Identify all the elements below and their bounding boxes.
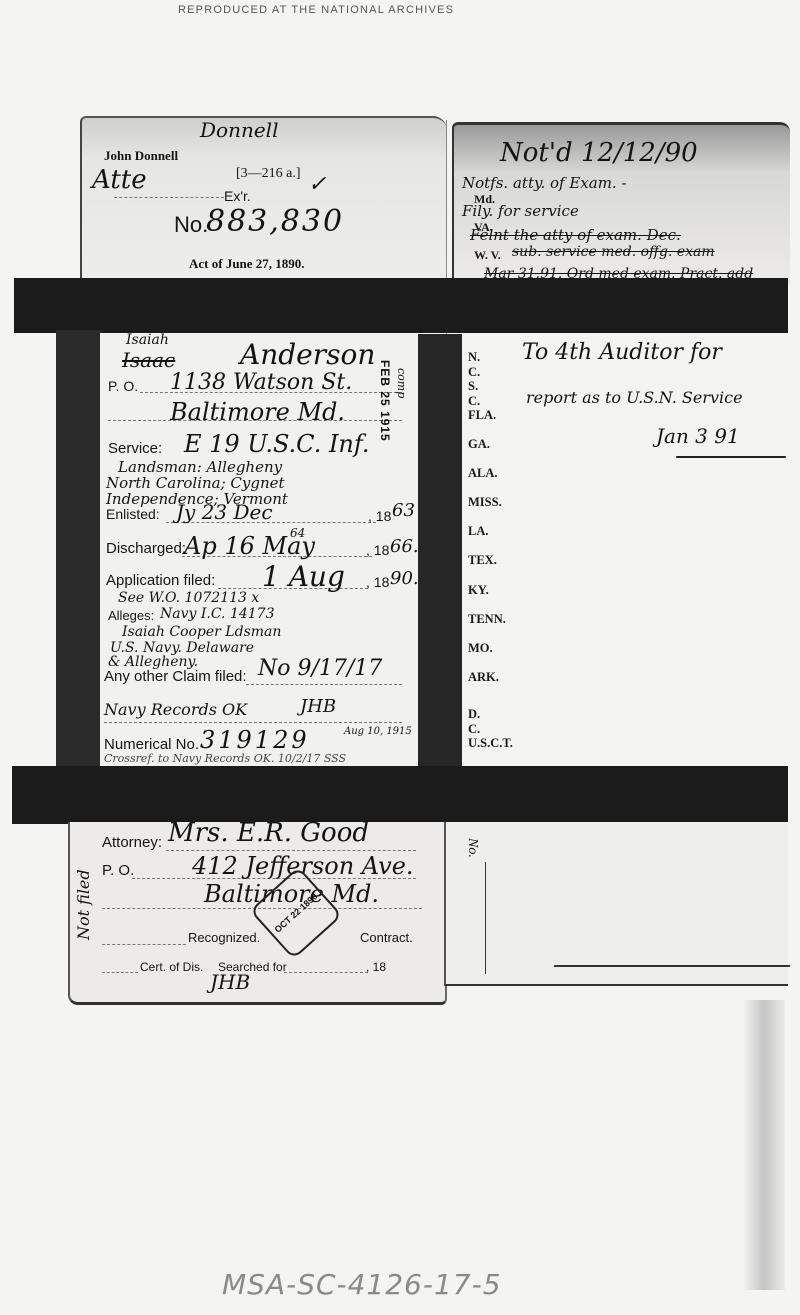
state-ga: GA. [468, 437, 490, 452]
searched-line [284, 972, 368, 973]
state-mo: MO. [468, 641, 493, 656]
auditor-note-date: Jan 3 91 [656, 424, 740, 448]
discharged-sup: 64 [290, 526, 305, 540]
navy-records: Navy Records OK [104, 700, 247, 719]
feb-stamp: FEB 25 1915 [378, 360, 392, 442]
spine-middle [416, 334, 462, 770]
discharged-label: Discharged: [106, 540, 186, 557]
auditor-underline [676, 456, 786, 458]
discharged-year: 66. [390, 536, 419, 557]
bottom-flap-fold [546, 965, 791, 989]
exr-line [114, 196, 224, 198]
check-mark: ✓ [308, 172, 326, 197]
service-label: Service: [108, 440, 162, 457]
redaction-bar-top [14, 278, 788, 333]
note-line-4: Felnt the atty of exam. Dec. [470, 226, 681, 244]
note-line-3: Fily. for service [462, 202, 579, 220]
cert-line [102, 972, 138, 973]
attorney-line [166, 850, 416, 851]
wv-label: W. V. [474, 248, 501, 263]
page-edge-shadow [743, 1000, 785, 1290]
attorney-po-label: P. O. [102, 862, 134, 879]
state-la: LA. [468, 524, 489, 539]
auditor-note-1: To 4th Auditor for [522, 340, 722, 365]
stamped-name: John Donnell [104, 148, 178, 164]
annotation-donnell: Donnell [200, 118, 278, 142]
note-line-2: Notfs. atty. of Exam. - [462, 174, 627, 192]
form-number: [3—216 a.] [236, 166, 301, 182]
application-year-prefix: , 18 [366, 574, 389, 590]
navy-initials: JHB [300, 696, 336, 717]
redaction-bar-middle [12, 766, 788, 824]
see-note: See W.O. 1072113 x [118, 590, 259, 606]
navy-date: Aug 10, 1915 [344, 726, 412, 737]
po-line-2: Baltimore Md. [170, 398, 345, 426]
note-line-5: sub. service med. offg. exam [512, 244, 715, 260]
attorney-label: Attorney: [102, 834, 162, 851]
po-line-b [108, 420, 402, 421]
service-value: E 19 U.S.C. Inf. [184, 430, 370, 458]
archive-header: REPRODUCED AT THE NATIONAL ARCHIVES [178, 4, 454, 16]
application-year: 90. [390, 568, 419, 589]
searched-year-prefix: , 18 [366, 960, 386, 974]
enlisted-value: Jy 23 Dec [176, 500, 273, 524]
bottom-right-no-label: No. [464, 838, 480, 858]
numerical-value: 319129 [200, 726, 310, 754]
notified-date: Not'd 12/12/90 [500, 138, 698, 168]
other-claim-line [246, 684, 402, 685]
state-nc: N. C. [468, 350, 480, 380]
cert-label: Cert. of Dis. [140, 960, 203, 974]
side-note-not-filed: Not filed [74, 869, 93, 940]
crossref-note: Crossref. to Navy Records OK. 10/2/17 SS… [104, 752, 346, 765]
navy-line [104, 722, 402, 723]
bottom-right-flap [444, 822, 788, 986]
state-ala: ALA. [468, 466, 498, 481]
recognized-label: Recognized. [188, 930, 260, 945]
enlisted-year: 63 [392, 500, 415, 521]
first-name-struck: Isaac [122, 348, 175, 372]
alias-line-1: Isaiah Cooper Ldsman [122, 624, 281, 640]
state-tenn: TENN. [468, 612, 506, 627]
enlisted-year-prefix: , 18 [368, 508, 391, 524]
contract-label: Contract. [360, 930, 413, 945]
application-value: 1 Aug [262, 560, 345, 593]
side-note-comp: comp [395, 368, 408, 398]
state-ark: ARK. [468, 670, 499, 685]
recognized-line [102, 944, 186, 945]
first-name-correction: Isaiah [126, 332, 169, 348]
other-claim-value: No 9/17/17 [258, 656, 382, 681]
searched-initials: JHB [210, 970, 250, 994]
auditor-note-2: report as to U.S.N. Service [526, 388, 743, 407]
attorney-value: Mrs. E.R. Good [168, 818, 369, 848]
footer-reference: MSA-SC-4126-17-5 [222, 1268, 502, 1301]
no-label: No. [174, 212, 208, 238]
spine-left [56, 330, 102, 770]
po-label: P. O. [108, 378, 138, 394]
numerical-label: Numerical No. [104, 736, 199, 753]
po-line-1: 1138 Watson St. [170, 370, 352, 395]
claim-number: 883,830 [206, 204, 344, 239]
state-sc: S. C. [468, 379, 480, 409]
act-label: Act of June 27, 1890. [189, 256, 305, 272]
state-miss: MISS. [468, 495, 502, 510]
alleges-label: Alleges: [108, 608, 154, 623]
other-claim-label: Any other Claim filed: [104, 668, 247, 685]
state-fla: FLA. [468, 408, 496, 423]
discharged-year-prefix: , 18 [366, 542, 389, 558]
state-usct: U.S.C.T. [468, 736, 513, 751]
last-name: Anderson [240, 338, 375, 371]
bottom-right-no-line [485, 862, 486, 974]
state-ky: KY. [468, 583, 489, 598]
state-dc: D. C. [468, 707, 480, 737]
alleges-value: Navy I.C. 14173 [160, 606, 275, 622]
exr-label: Ex'r. [224, 188, 251, 204]
handwritten-role: Atte [92, 165, 147, 195]
application-label: Application filed: [106, 572, 215, 589]
enlisted-label: Enlisted: [106, 506, 160, 522]
state-tex: TEX. [468, 553, 497, 568]
oct-stamp-text: OCT 22 1890 [273, 891, 320, 935]
